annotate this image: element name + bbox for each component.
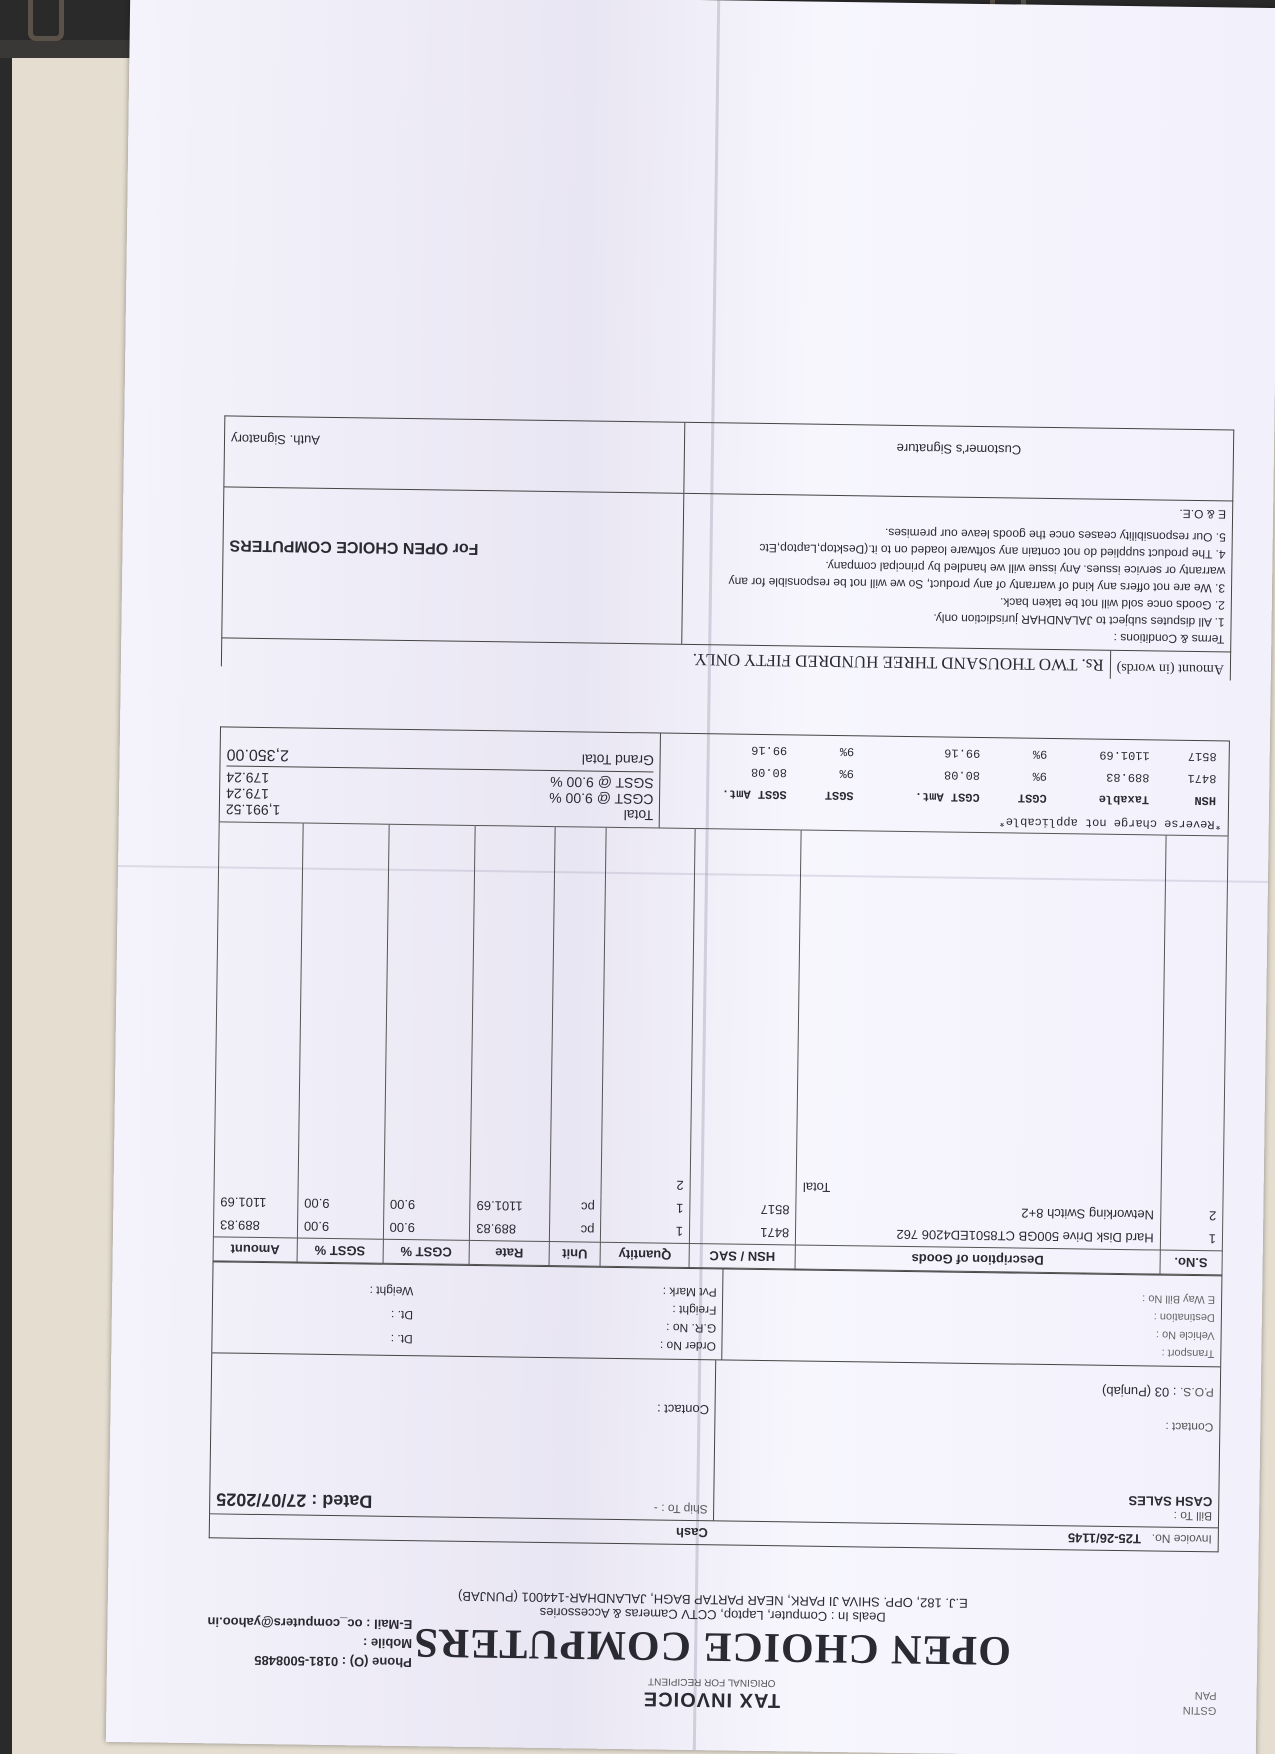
cell-sno: 1: [1160, 1227, 1223, 1251]
dated-label: Dated :: [311, 1491, 372, 1512]
invoice: GSTIN PAN TAX INVOICE ORIGINAL FOR RECIP…: [206, 415, 1234, 1717]
cell-cgst: 9.00: [383, 1193, 470, 1217]
column-header: Quantity: [600, 1242, 689, 1267]
cell-rate: 889.83: [470, 1217, 550, 1242]
seller-mobile: Mobile :: [207, 1631, 412, 1653]
seller-tax-ids: GSTIN PAN: [1183, 1687, 1217, 1717]
tax-cgst: 9%: [986, 764, 1053, 787]
cell-amount: 1101.69: [214, 1190, 298, 1214]
subtotal-label: Total: [624, 807, 654, 823]
tax-sgst: 9%: [793, 761, 860, 784]
cgst-label: CGST @ 9.00 %: [549, 790, 653, 807]
total-cell: Total: [796, 830, 1166, 1204]
total-cell: 2: [601, 827, 695, 1197]
total-cell: [690, 829, 801, 1199]
customer-signature: Customer's Signature: [683, 423, 1233, 501]
ship-to: Ship To : - Dated : 27/07/2025 Contact :: [210, 1353, 716, 1520]
tax-taxable: 889.83: [1053, 765, 1156, 788]
cgst-value: 179.24: [226, 785, 269, 802]
bill-to-contact: Contact :: [722, 1413, 1214, 1434]
tax-summary: *Reverse charge not applicable* HSNTaxab…: [660, 734, 1229, 836]
pan-label: PAN: [1183, 1687, 1217, 1702]
column-header: S.No.: [1160, 1250, 1223, 1275]
sgst-label: SGST @ 9.00 %: [550, 774, 654, 791]
tax-sgst_amt: 80.08: [667, 760, 793, 784]
cell-hsn: 8517: [690, 1197, 796, 1221]
sgst-value: 179.24: [226, 769, 269, 786]
column-header: HSN / SAC: [689, 1243, 795, 1268]
seller-contact: Phone (O) : 0181-5008485 Mobile : E-Mail…: [207, 1612, 413, 1672]
tax-cgst_amt: 99.16: [860, 740, 986, 764]
total-cell: [550, 827, 607, 1196]
column-header: Description of Goods: [795, 1245, 1160, 1274]
ship-to-label: Ship To : -: [654, 1495, 708, 1517]
total-cell: [1161, 835, 1228, 1204]
pos-value: : 03 (Punjab): [1102, 1384, 1177, 1400]
cell-sno: 2: [1160, 1204, 1223, 1228]
cell-qty: 1: [601, 1196, 690, 1220]
company-signature: For OPEN CHOICE COMPUTERS: [222, 487, 683, 643]
order-field-label: Dt. :: [219, 1300, 414, 1327]
eoe-label: E & O.E.: [690, 498, 1226, 522]
gstin-label: GSTIN: [1183, 1702, 1217, 1717]
invoice-date: 27/07/2025: [216, 1489, 306, 1510]
cell-unit: pc: [550, 1195, 602, 1219]
cell-amount: 889.83: [213, 1213, 297, 1238]
column-header: CGST %: [383, 1239, 470, 1264]
cell-unit: pc: [549, 1218, 601, 1242]
auth-signatory: Auth. Signatory: [224, 416, 684, 492]
totals: Total1,991.52 CGST @ 9.00 %179.24 SGST @…: [220, 727, 662, 827]
order-field-label: Weight :: [219, 1276, 414, 1303]
tax-taxable: 1101.69: [1053, 743, 1156, 766]
transport-section: Transport :Vehicle No :Destination :E Wa…: [211, 1261, 1222, 1366]
bill-to: Bill To : CASH SALES Contact : P.O.S. : …: [713, 1360, 1220, 1527]
tax-hsn: 8471: [1155, 766, 1222, 789]
column-header: SGST %: [297, 1238, 383, 1263]
invoice-no: T25-26/1145: [1068, 1530, 1141, 1546]
items-table: S.No.Description of GoodsHSN / SACQuanti…: [213, 821, 1229, 1275]
amount-words-value: Rs. TWO THOUSAND THREE HUNDRED FIFTY ONL…: [686, 645, 1109, 679]
cell-sgst: 9.00: [297, 1215, 383, 1240]
column-header: Amount: [213, 1237, 297, 1262]
cell-hsn: 8471: [689, 1220, 795, 1245]
party-section: Bill To : CASH SALES Contact : P.O.S. : …: [209, 1352, 1221, 1528]
total-cell: [214, 822, 303, 1192]
tax-column-header: SGST Amt.: [666, 782, 792, 806]
for-company-label: For OPEN CHOICE COMPUTERS: [229, 535, 676, 559]
binder-clip: [28, 0, 64, 41]
order-field-label: Dt. :: [218, 1324, 413, 1351]
amount-words-label: Amount (in words): [1109, 651, 1230, 681]
tax-column-header: CGST Amt.: [859, 784, 985, 808]
payment-mode: Cash: [676, 1525, 708, 1540]
terms: Terms & Conditions : 1. All disputes sub…: [681, 494, 1232, 652]
tax-column-header: CGST: [986, 786, 1053, 809]
cell-rate: 1101.69: [470, 1194, 550, 1218]
tax-cgst_amt: 80.08: [860, 762, 986, 786]
tax-column-header: SGST: [792, 783, 859, 806]
invoice-no-label: Invoice No.: [1152, 1531, 1212, 1546]
signature-row: Customer's Signature Auth. Signatory: [223, 415, 1234, 500]
footer-section: Terms & Conditions : 1. All disputes sub…: [221, 486, 1233, 651]
column-header: Rate: [469, 1240, 549, 1265]
cell-sgst: 9.00: [298, 1192, 384, 1216]
total-cell: [298, 823, 389, 1193]
grand-total-label: Grand Total: [582, 749, 654, 768]
tax-sgst_amt: 99.16: [667, 738, 793, 762]
pos-label: P.O.S.: [1180, 1385, 1214, 1399]
invoice-paper: GSTIN PAN TAX INVOICE ORIGINAL FOR RECIP…: [106, 0, 1275, 1754]
tax-sgst: 9%: [793, 739, 860, 762]
ship-to-contact: Contact :: [217, 1395, 709, 1417]
reverse-charge-note: *Reverse charge not applicable*: [666, 810, 1222, 832]
subtotal-value: 1,991.52: [226, 801, 281, 818]
cell-qty: 1: [601, 1219, 690, 1244]
total-row: Total2: [214, 822, 1228, 1205]
cell-cgst: 9.00: [383, 1216, 470, 1241]
invoice-header: GSTIN PAN TAX INVOICE ORIGINAL FOR RECIP…: [206, 1538, 1218, 1717]
tax-column-header: Taxable: [1053, 787, 1156, 810]
summary-section: *Reverse charge not applicable* HSNTaxab…: [219, 726, 1230, 835]
total-cell: [384, 824, 476, 1194]
tax-hsn: 8517: [1156, 744, 1223, 767]
total-cell: [470, 825, 555, 1195]
seller-phone: Phone (O) : 0181-5008485: [207, 1650, 412, 1672]
tax-cgst: 9%: [986, 742, 1053, 765]
column-header: Unit: [549, 1242, 601, 1267]
tax-column-header: HSN: [1155, 788, 1222, 811]
seller-email: E-Mail : oc_computers@yahoo.in: [207, 1612, 412, 1634]
grand-total-value: 2,350.00: [227, 744, 290, 763]
